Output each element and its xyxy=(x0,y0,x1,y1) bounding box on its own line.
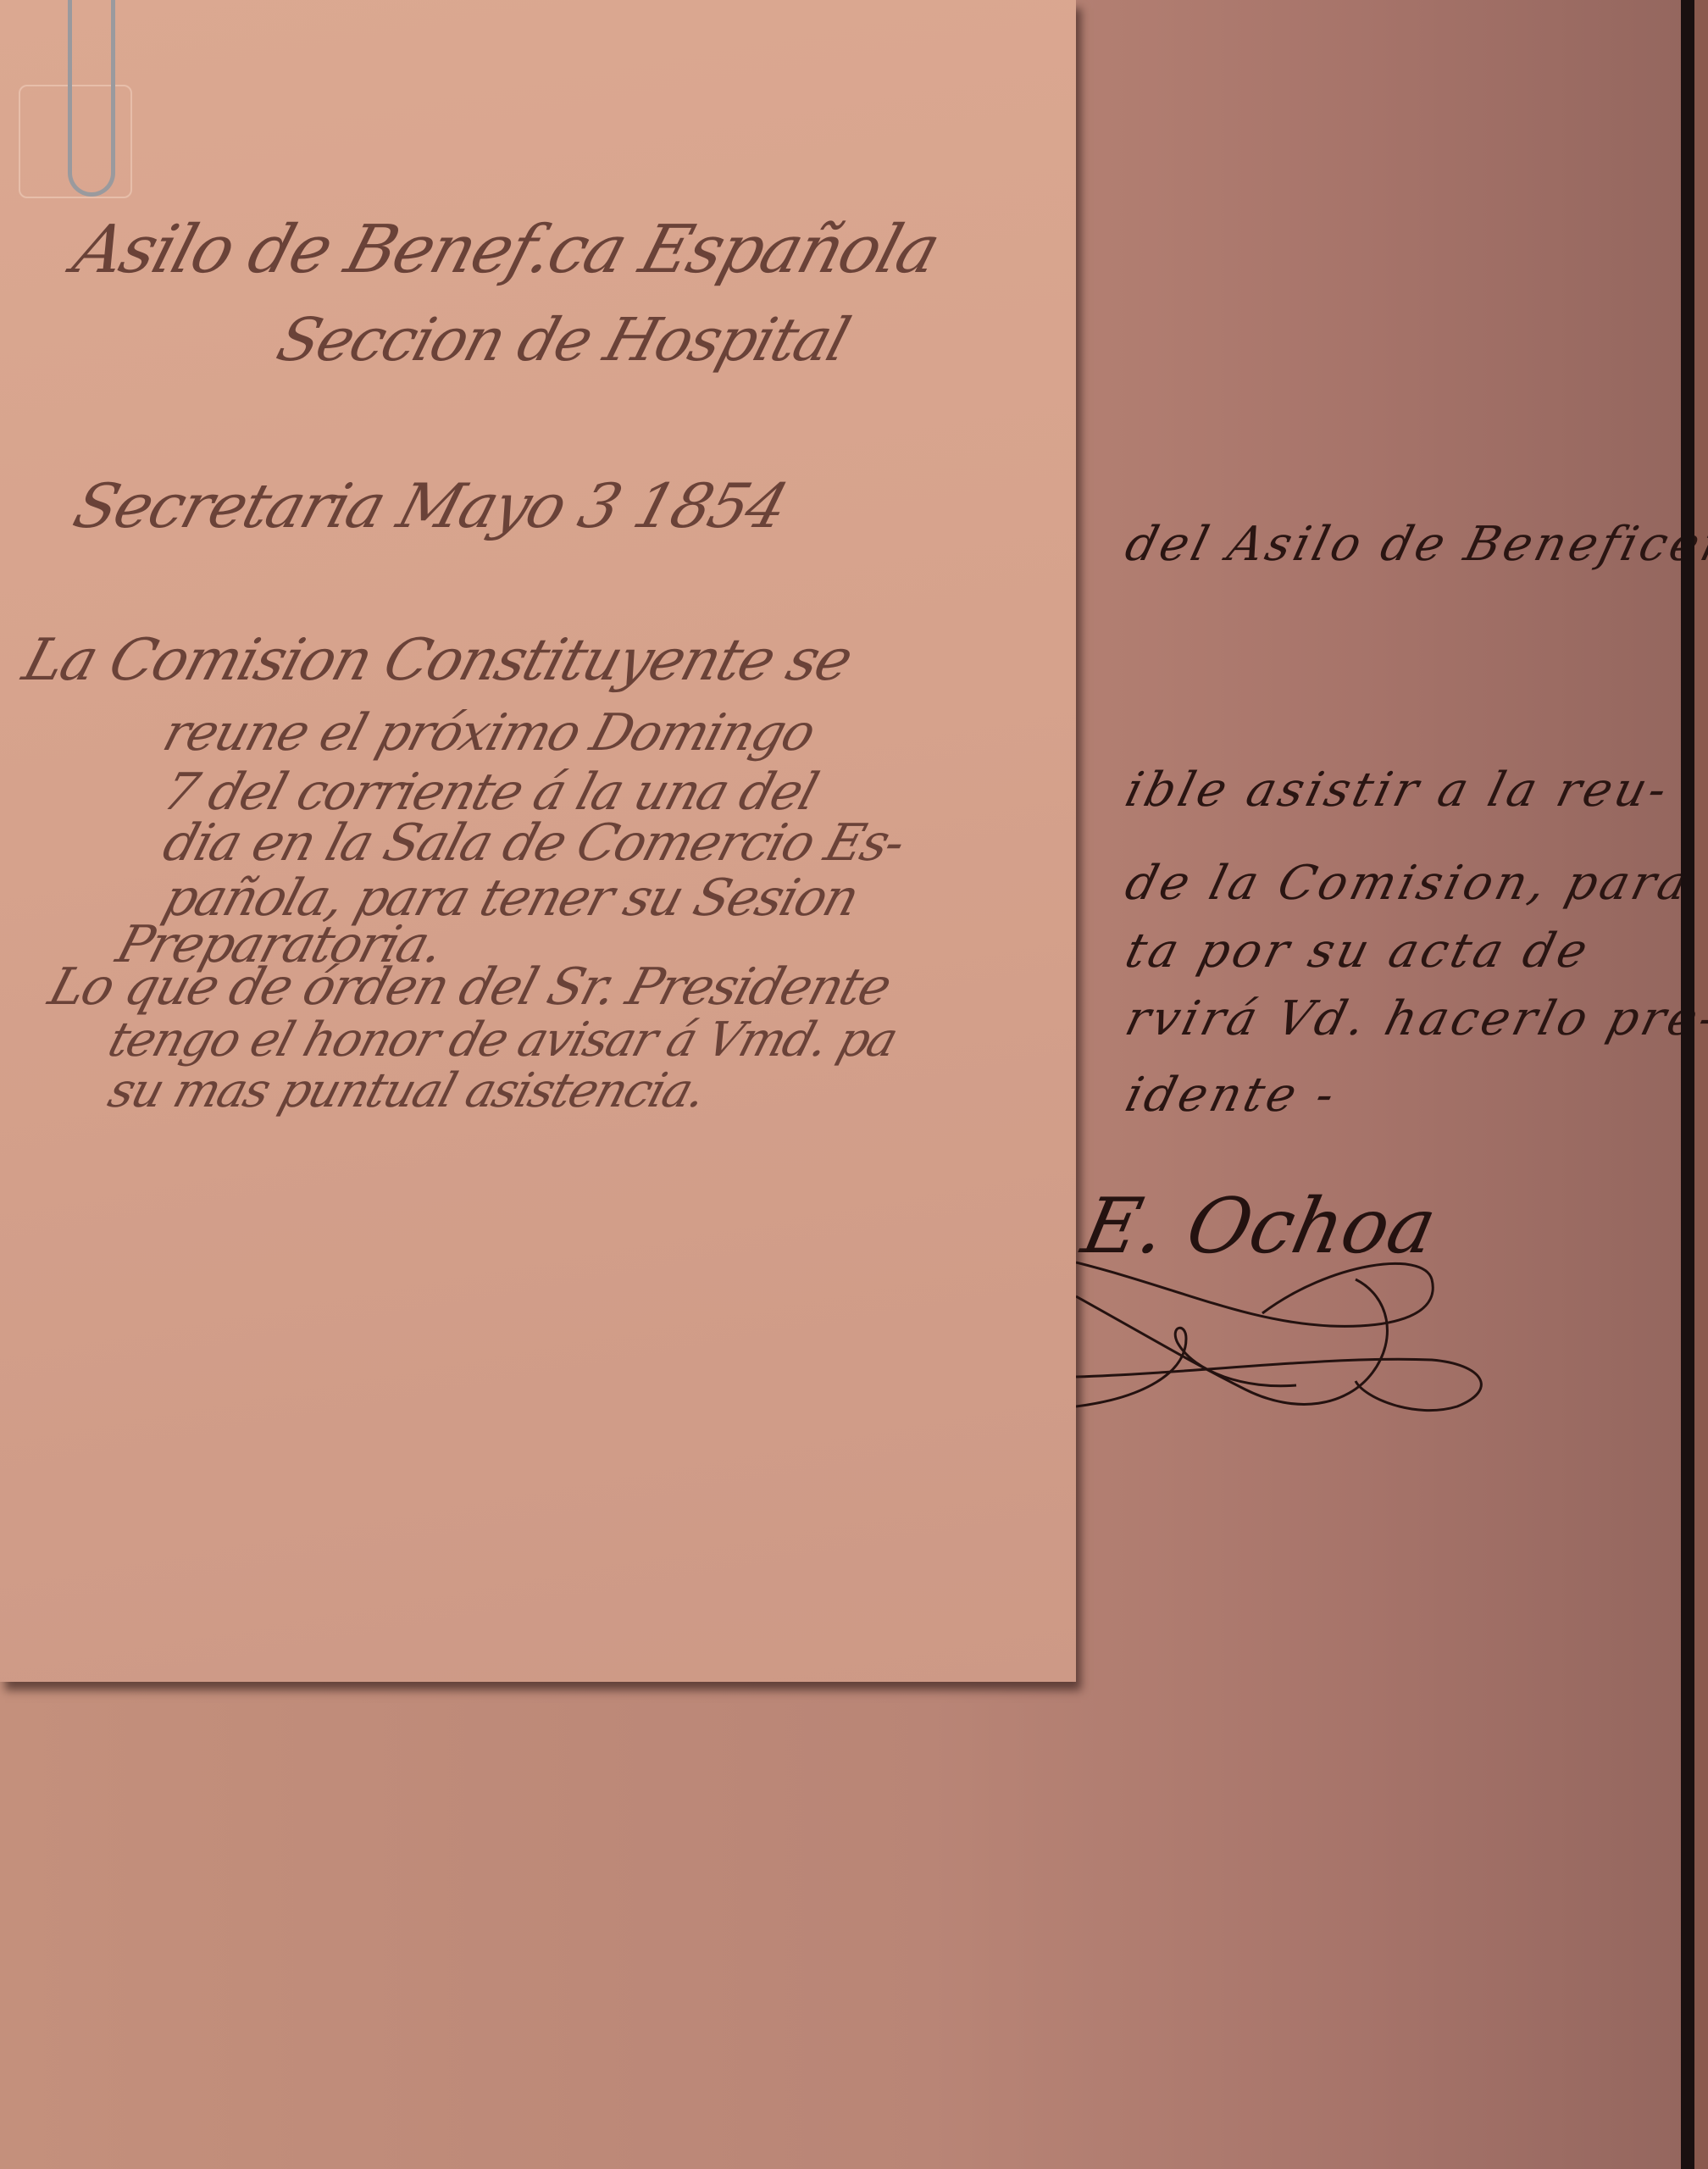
back-letter-line: de la Comision, para xyxy=(1120,856,1697,911)
body-line: su mas puntual asistencia. xyxy=(103,1063,712,1118)
signature-flourish-icon xyxy=(1076,1245,1517,1440)
place-date: Secretaria Mayo 3 1854 xyxy=(66,470,795,541)
back-letter-line: del Asilo de Beneficen- xyxy=(1120,517,1708,572)
institution-heading: Asilo de Benef.ca Española xyxy=(65,212,946,288)
back-letter-line: ible asistir a la reu- xyxy=(1120,763,1676,818)
paperclip-icon xyxy=(68,0,115,197)
fold-line xyxy=(1686,1127,1688,2169)
back-letter-line: idente - xyxy=(1120,1068,1344,1123)
back-letter-line: rvirá Vd. hacerlo pre- xyxy=(1120,991,1708,1046)
body-line: Lo que de órden del Sr. Presidente xyxy=(42,957,896,1017)
back-letter-line: ta por su acta de xyxy=(1120,924,1596,979)
section-heading: Seccion de Hospital xyxy=(269,305,856,374)
body-line: La Comision Constituyente se xyxy=(16,627,859,694)
body-line: tengo el honor de avisar á Vmd. pa xyxy=(103,1012,903,1068)
body-line: dia en la Sala de Comercio Es- xyxy=(157,813,911,873)
front-letter-sheet: Asilo de Benef.ca Española Seccion de Ho… xyxy=(0,0,1076,1682)
body-line: reune el próximo Domingo xyxy=(157,703,821,763)
